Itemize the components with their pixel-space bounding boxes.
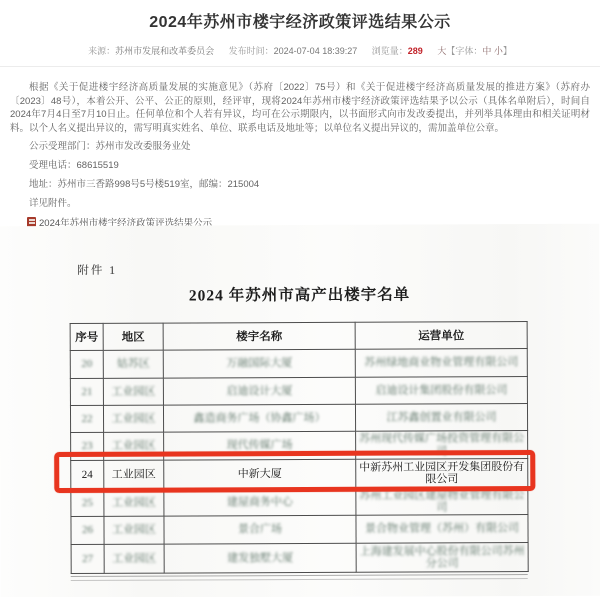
article-body: 根据《关于促进楼宇经济高质量发展的实施意见》（苏府〔2022〕75号）和《关于促… (0, 67, 600, 229)
cell-op: 景合物业管理（苏州）有限公司 (356, 515, 528, 544)
col-header-district: 地区 (103, 323, 163, 350)
cell-op: 江苏鑫创置业有限公司 (355, 404, 527, 432)
cell-dist: 工业园区 (104, 460, 164, 489)
cell-op: 苏州现代传媒广场投资管理有限公司 (356, 431, 528, 460)
table-body: 20姑苏区万融国际大厦苏州绿地商业物业管理有限公司21工业园区启迪设计大厦启迪设… (70, 349, 528, 574)
cell-no: 24 (71, 460, 104, 489)
cell-no: 22 (70, 405, 103, 432)
table-row: 21工业园区启迪设计大厦启迪设计集团股份有限公司 (70, 377, 527, 406)
table-row: 27工业园区建发独墅大厦上海建发展中心股份有限公司苏州分公司 (71, 543, 528, 574)
col-header-operator: 运营单位 (355, 322, 527, 350)
font-size-large-button[interactable]: 大 (437, 46, 446, 56)
font-bracket-close: 】 (503, 46, 512, 56)
source-label: 来源： (88, 46, 115, 56)
cell-bld: 中新大厦 (164, 459, 356, 489)
annex-table-title: 2024 年苏州市高产出楼宇名单 (0, 282, 600, 307)
cell-dist: 工业园区 (103, 405, 163, 432)
views-label: 浏览量： (372, 46, 408, 56)
cut-off-row-edge (71, 574, 528, 581)
address-line: 地址：苏州市三香路998号5号楼519室，邮编：215004 (10, 177, 590, 193)
cell-bld: 建屋商务中心 (164, 488, 356, 516)
cell-bld: 鑫造商务广场（协鑫广场） (163, 404, 355, 432)
cell-op: 中新苏州工业园区开发集团股份有限公司 (356, 459, 528, 489)
cell-op: 上海建发展中心股份有限公司苏州分公司 (356, 543, 528, 573)
scanned-annex-page: 附件 1 2024 年苏州市高产出楼宇名单 序号 地区 楼宇名称 运营单位 20… (0, 224, 600, 597)
cell-bld: 万融国际大厦 (163, 349, 355, 378)
cell-dist: 工业园区 (104, 516, 164, 544)
cell-dist: 工业园区 (104, 489, 164, 516)
cell-no: 21 (70, 378, 103, 405)
cell-op: 苏州绿地商业物业管理有限公司 (355, 349, 527, 378)
table-row: 20姑苏区万融国际大厦苏州绿地商业物业管理有限公司 (70, 349, 527, 379)
table-row: 26工业园区景合广场景合物业管理（苏州）有限公司 (71, 515, 528, 545)
phone-line: 受理电话：68615519 (10, 158, 590, 174)
table-row: 23工业园区现代传媒广场苏州现代传媒广场投资管理有限公司 (71, 431, 528, 461)
font-bracket-open: 【字体： (446, 46, 482, 56)
cell-no: 20 (70, 350, 103, 378)
cell-dist: 工业园区 (104, 544, 164, 573)
announcement-paragraph: 根据《关于促进楼宇经济高质量发展的实施意见》（苏府〔2022〕75号）和《关于促… (10, 81, 590, 135)
col-header-no: 序号 (70, 323, 103, 350)
cell-bld: 启迪设计大厦 (163, 377, 355, 405)
views-count: 289 (408, 46, 423, 56)
font-size-medium-button[interactable]: 中 (482, 46, 491, 56)
cell-bld: 景合广场 (164, 515, 356, 544)
cell-no: 25 (71, 489, 104, 516)
cell-dist: 工业园区 (103, 378, 163, 405)
accepting-department-line: 公示受理部门：苏州市发改委服务业处 (10, 139, 590, 155)
cell-no: 26 (71, 516, 104, 544)
publish-time-value: 2024-07-04 18:39:27 (274, 46, 358, 56)
building-list-table: 序号 地区 楼宇名称 运营单位 20姑苏区万融国际大厦苏州绿地商业物业管理有限公… (70, 321, 529, 574)
col-header-building: 楼宇名称 (163, 322, 355, 350)
table-header: 序号 地区 楼宇名称 运营单位 (70, 322, 527, 351)
cell-no: 23 (71, 432, 104, 460)
cell-op: 苏州工业园区建屋物业管理有限公司 (356, 488, 528, 516)
table-row: 22工业园区鑫造商务广场（协鑫广场）江苏鑫创置业有限公司 (70, 404, 527, 433)
cell-bld: 现代传媒广场 (164, 431, 356, 460)
cell-bld: 建发独墅大厦 (164, 543, 356, 573)
source-value: 苏州市发展和改革委员会 (115, 46, 214, 56)
annex-label: 附件 1 (77, 262, 117, 278)
page-title: 2024年苏州市楼宇经济政策评选结果公示 (0, 0, 600, 32)
table-row: 25工业园区建屋商务中心苏州工业园区建屋物业管理有限公司 (71, 488, 528, 517)
cell-op: 启迪设计集团股份有限公司 (355, 377, 527, 405)
article-meta: 来源：苏州市发展和改革委员会 发布时间：2024-07-04 18:39:27 … (0, 44, 600, 67)
table-row-highlighted: 24工业园区中新大厦中新苏州工业园区开发集团股份有限公司 (71, 459, 528, 490)
cell-no: 27 (71, 544, 104, 573)
see-annex-line: 详见附件。 (10, 196, 590, 212)
publish-time-label: 发布时间： (229, 46, 274, 56)
cell-dist: 姑苏区 (103, 350, 163, 378)
font-size-small-button[interactable]: 小 (494, 46, 503, 56)
cell-dist: 工业园区 (104, 432, 164, 460)
